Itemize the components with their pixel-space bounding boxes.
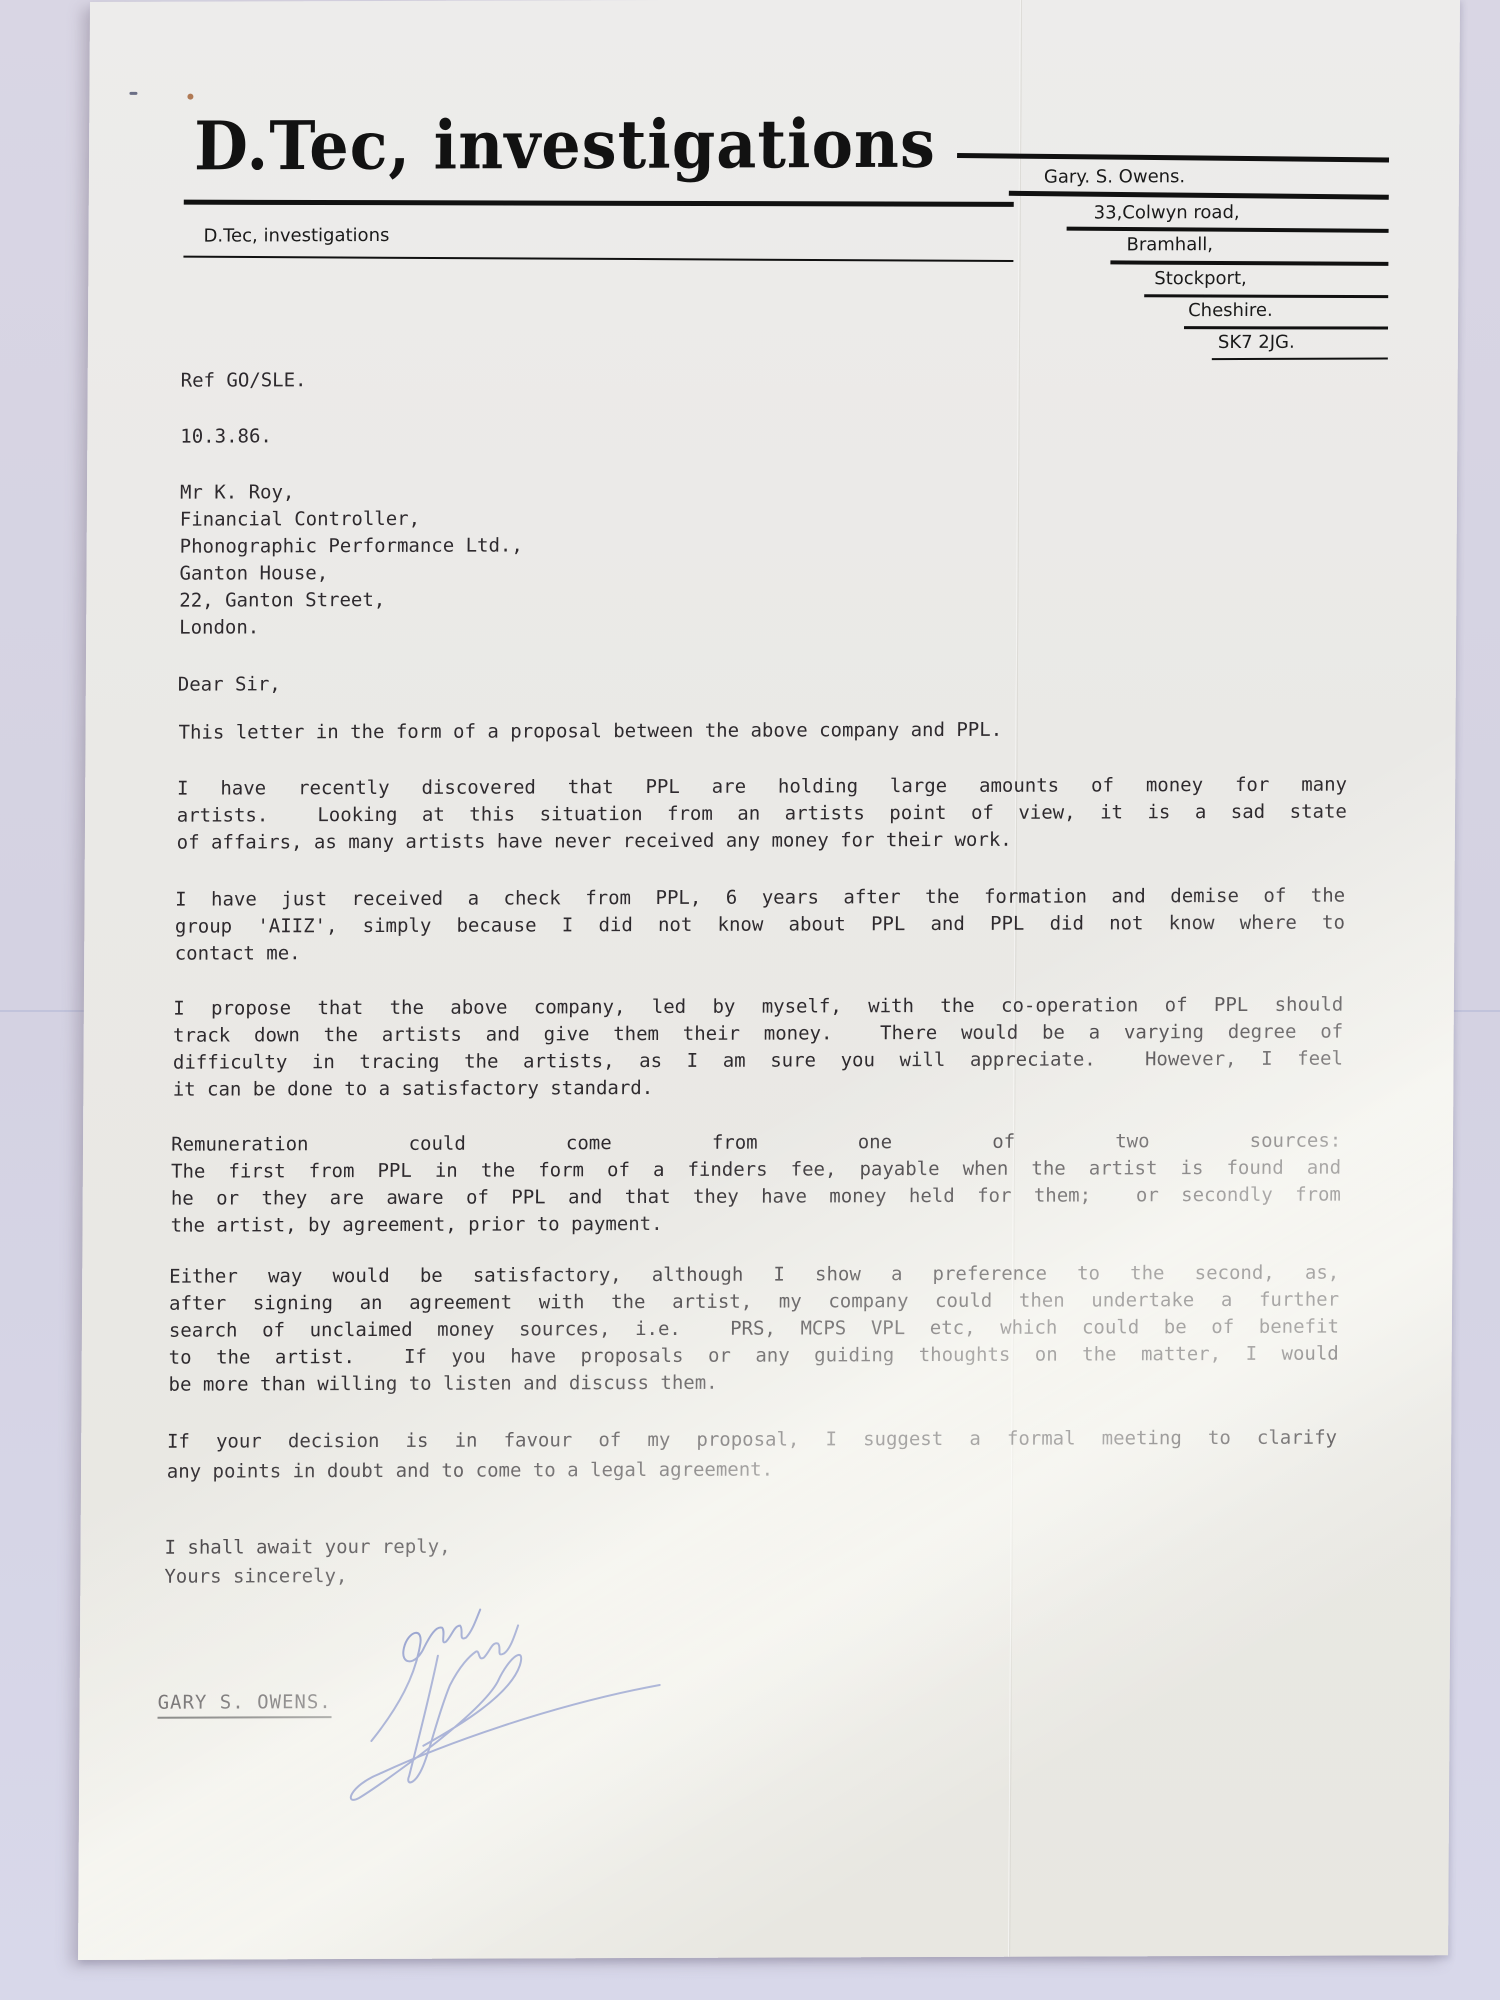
body-paragraph: I propose that the above company, led by… bbox=[173, 992, 1344, 1104]
body-line: This letter in the form of a proposal be… bbox=[178, 716, 1348, 747]
body-paragraph: Remuneration could come from one of two … bbox=[171, 1128, 1342, 1240]
address-rule bbox=[1184, 326, 1388, 329]
handwritten-signature bbox=[319, 1585, 680, 1810]
body-line: to the artist. If you have proposals or … bbox=[169, 1341, 1339, 1372]
address-rule bbox=[957, 153, 1389, 163]
address-line: Cheshire. bbox=[1188, 300, 1273, 321]
reference: Ref GO/SLE. bbox=[181, 367, 307, 394]
letterhead-company-name: D.Tec, investigations bbox=[194, 104, 936, 185]
body-line: he or they are aware of PPL and that the… bbox=[171, 1182, 1341, 1213]
recipient-line: 22, Ganton Street, bbox=[179, 587, 385, 615]
recipient-line: Phonographic Performance Ltd., bbox=[180, 532, 523, 560]
body-line: after signing an agreement with the arti… bbox=[169, 1287, 1339, 1318]
body-line: of affairs, as many artists have never r… bbox=[177, 826, 1347, 857]
salutation: Dear Sir, bbox=[178, 671, 281, 698]
letter-page: D.Tec, investigations D.Tec, investigati… bbox=[78, 0, 1460, 1960]
body-line: group 'AIIZ', simply because I did not k… bbox=[175, 910, 1345, 941]
body-paragraph: I have recently discovered that PPL are … bbox=[177, 772, 1348, 857]
body-line: contact me. bbox=[175, 937, 1345, 968]
address-line: 33,Colwyn road, bbox=[1094, 202, 1240, 224]
body-line: Remuneration could come from one of two … bbox=[171, 1128, 1341, 1159]
body-line: be more than willing to listen and discu… bbox=[168, 1368, 1338, 1399]
address-line: SK7 2JG. bbox=[1218, 332, 1295, 353]
address-rule bbox=[1144, 294, 1388, 298]
signatory-name: GARY S. OWENS. bbox=[158, 1691, 332, 1719]
address-rule bbox=[1212, 357, 1388, 360]
body-line: artists. Looking at this situation from … bbox=[177, 799, 1347, 830]
letterhead-rule bbox=[184, 200, 1014, 207]
body-paragraph: If your decision is in favour of my prop… bbox=[167, 1423, 1337, 1487]
letterhead-rule-thin bbox=[183, 256, 1013, 262]
recipient-line: Ganton House, bbox=[179, 560, 328, 588]
body-paragraph: This letter in the form of a proposal be… bbox=[178, 716, 1348, 747]
address-line: Stockport, bbox=[1154, 268, 1247, 289]
body-line: The first from PPL in the form of a find… bbox=[171, 1155, 1341, 1186]
body-line: Either way would be satisfactory, althou… bbox=[169, 1260, 1339, 1291]
address-line: Gary. S. Owens. bbox=[1044, 166, 1185, 187]
letter-body: This letter in the form of a proposal be… bbox=[90, 0, 1460, 2]
body-line: any points in doubt and to come to a leg… bbox=[167, 1453, 1337, 1487]
body-line: it can be done to a satisfactory standar… bbox=[173, 1073, 1343, 1104]
address-rule bbox=[1067, 227, 1389, 233]
recipient-line: London. bbox=[179, 614, 259, 641]
recipient-address: Mr K. Roy, Financial Controller, Phonogr… bbox=[90, 0, 1460, 2]
address-line: Bramhall, bbox=[1126, 234, 1213, 255]
body-line: I propose that the above company, led by… bbox=[173, 992, 1343, 1023]
recipient-line: Mr K. Roy, bbox=[180, 479, 295, 506]
body-paragraph: I have just received a check from PPL, 6… bbox=[175, 883, 1346, 968]
letterhead-company-subtitle: D.Tec, investigations bbox=[204, 225, 390, 247]
body-line: difficulty in tracing the artists, as I … bbox=[173, 1046, 1343, 1077]
body-line: the artist, by agreement, prior to payme… bbox=[171, 1209, 1341, 1240]
punch-mark bbox=[129, 92, 137, 95]
closing-line: I shall await your reply, bbox=[164, 1534, 450, 1562]
body-paragraph: Either way would be satisfactory, althou… bbox=[168, 1260, 1339, 1399]
letterhead-address-block: Gary. S. Owens. 33,Colwyn road, Bramhall… bbox=[90, 0, 1460, 2]
address-rule bbox=[1009, 191, 1389, 200]
address-rule bbox=[1110, 260, 1388, 265]
body-line: track down the artists and give them the… bbox=[173, 1019, 1343, 1050]
body-line: search of unclaimed money sources, i.e. … bbox=[169, 1314, 1339, 1345]
body-line: If your decision is in favour of my prop… bbox=[167, 1423, 1337, 1457]
letter-date: 10.3.86. bbox=[180, 423, 272, 450]
body-line: I have just received a check from PPL, 6… bbox=[175, 883, 1345, 914]
recipient-line: Financial Controller, bbox=[180, 506, 420, 534]
punch-mark bbox=[187, 94, 193, 100]
body-line: I have recently discovered that PPL are … bbox=[177, 772, 1347, 803]
